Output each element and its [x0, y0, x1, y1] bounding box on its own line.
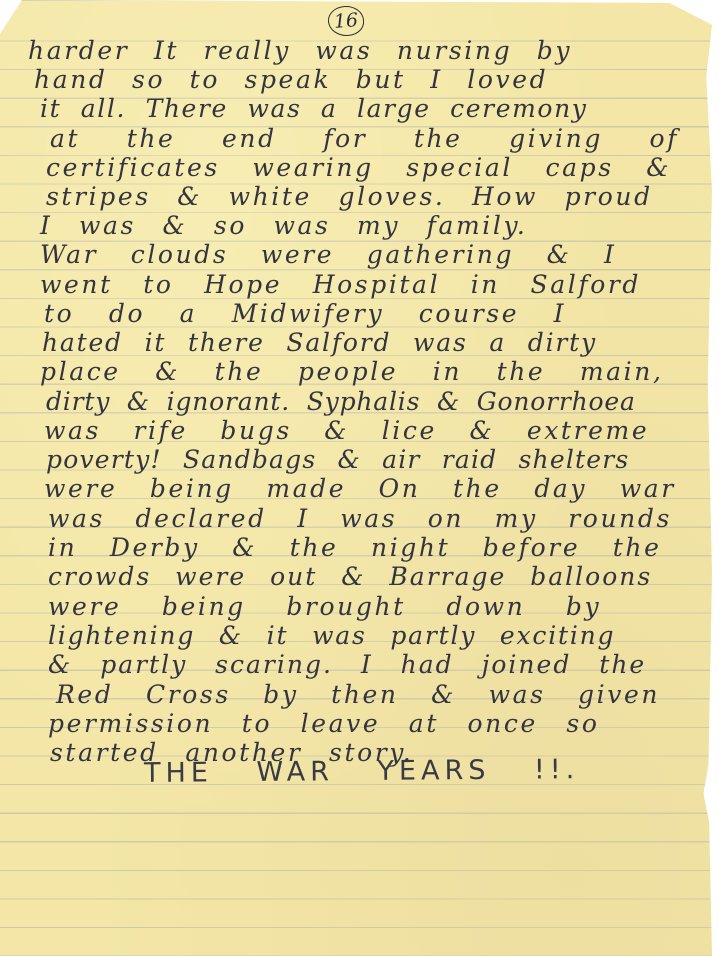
handwritten-line: hated it there Salford was a dirty [42, 328, 597, 357]
handwritten-line: in Derby & the night before the [48, 533, 662, 562]
handwritten-line: at the end for the giving of [50, 124, 679, 153]
handwritten-line: & partly scaring. I had joined the [48, 650, 646, 679]
handwritten-line: was rife bugs & lice & extreme [44, 416, 649, 445]
handwritten-line: were being made On the day war [44, 474, 676, 503]
handwritten-line: hand so to speak but I loved [34, 65, 548, 94]
handwritten-line: was declared I was on my rounds [48, 504, 672, 533]
handwritten-line: harder It really was nursing by [28, 36, 572, 65]
folded-corner [0, 0, 22, 34]
handwritten-line: I was & so was my family. [40, 211, 527, 240]
closing-heading: THE WAR YEARS !!. [144, 754, 579, 789]
handwritten-line: it all. There was a large ceremony [40, 94, 588, 123]
handwritten-line: to do a Midwifery course I [44, 299, 566, 328]
handwritten-line: were being brought down by [48, 592, 601, 621]
handwritten-line: certificates wearing special caps & [46, 153, 671, 182]
handwritten-line: place & the people in the main, [40, 357, 664, 386]
handwritten-line: crowds were out & Barrage balloons [48, 562, 652, 591]
handwritten-line: War clouds were gathering & I [40, 240, 616, 269]
handwritten-line: permission to leave at once so [48, 709, 599, 738]
handwritten-line: dirty & ignorant. Syphalis & Gonorrhoea [46, 387, 636, 416]
handwritten-line: went to Hope Hospital in Salford [40, 270, 641, 299]
handwritten-line: lightening & it was partly exciting [48, 621, 615, 650]
handwritten-line: stripes & white gloves. How proud [46, 182, 653, 211]
handwritten-line: poverty! Sandbags & air raid shelters [46, 445, 629, 474]
handwritten-line: Red Cross by then & was given [56, 680, 660, 709]
